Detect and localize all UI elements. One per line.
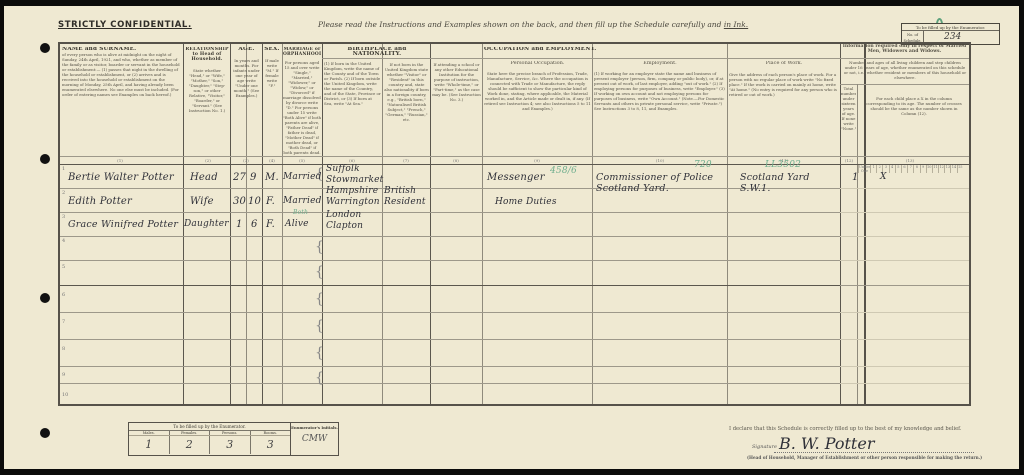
header-title: SEX. <box>263 47 281 52</box>
cell-marriage: Married <box>283 172 322 182</box>
signature-line <box>774 452 974 453</box>
children-table: Information required only in respect of … <box>840 42 971 406</box>
row-divider <box>60 285 864 286</box>
age-grid-cell: 15 <box>957 165 963 173</box>
header-personal-occupation: Personal Occupation. State here the prec… <box>484 61 591 155</box>
brace-icon: { <box>315 239 324 255</box>
cell-name: Edith Potter <box>68 196 132 207</box>
col-number: (4) <box>262 158 282 163</box>
cell-nationality: British Resident <box>384 186 430 208</box>
cell-marriage: Married <box>283 196 322 206</box>
cell-birthplace: Hampshire Warrington <box>326 186 380 208</box>
cell-birthplace: London Clapton <box>326 210 380 232</box>
enum-value-persons: 3 <box>210 436 251 454</box>
divider <box>840 156 969 157</box>
cell-name: Grace Winifred Potter <box>68 219 178 230</box>
col-number: (9) <box>527 158 547 163</box>
enum-value-females: 2 <box>170 436 211 454</box>
initials-label: Enumerator's Initials. <box>291 425 338 430</box>
brace-icon: { <box>315 370 324 386</box>
signature: B. W. Potter <box>779 434 874 453</box>
enum-header-rooms: Rooms. <box>251 431 291 435</box>
header-married-info: Information required only in respect of … <box>842 44 967 58</box>
cell-place-of-work: Scotland Yard S.W.1. <box>740 172 835 194</box>
age-grid-cell: Under One <box>858 165 870 173</box>
cell-age-years: 1 <box>236 219 243 230</box>
header-child-ages: For each child place a X in the column c… <box>864 96 964 146</box>
row-number: 7 <box>62 319 65 325</box>
enum-header-females: Females. <box>170 431 211 435</box>
header-title: Personal Occupation. <box>484 61 591 66</box>
header-text: State here the precise branch of Profess… <box>484 71 591 111</box>
top-instruction: Please read the Instructions and Example… <box>318 20 748 29</box>
header-birthplace-group: BIRTHPLACE and NATIONALITY. <box>324 47 430 57</box>
row-divider <box>840 312 969 313</box>
header-nationality: If not born in the United Kingdom state … <box>384 62 429 156</box>
cell-relationship: Head <box>190 172 218 183</box>
cell-employment: Commissioner of Police Scotland Yard. <box>596 172 726 194</box>
row-divider <box>840 260 969 261</box>
signature-note: (Head of Household, Manager of Establish… <box>747 455 982 460</box>
cell-marriage-note: Both <box>293 209 308 216</box>
cell-sex: F. <box>266 196 275 207</box>
col-number: (12) <box>843 158 855 163</box>
col-number: (1) <box>110 158 130 163</box>
header-title: AGE. <box>232 47 261 52</box>
cell-sex: F. <box>266 219 275 230</box>
cell-occupation-code: 458/6 <box>550 166 577 176</box>
enum-value-males: 1 <box>129 436 170 454</box>
cell-employment-code: 720 <box>694 160 712 170</box>
punch-hole <box>40 43 50 53</box>
header-title: Employment. <box>594 61 726 66</box>
row-divider <box>60 366 864 367</box>
header-text: If male write "M." If female write "F." <box>263 58 281 88</box>
signature-label: Signature <box>752 444 777 450</box>
age-grid-row: Under One 1 2 3 4 5 6 7 8 9 10 11 12 13 … <box>858 165 963 173</box>
row-number: 5 <box>62 264 65 270</box>
row-divider <box>840 366 969 367</box>
row-divider <box>60 212 864 213</box>
header-occupation-group: OCCUPATION and EMPLOYMENT. <box>484 47 839 57</box>
header-title: Information required only in respect of … <box>842 44 967 54</box>
enum-header-males: Males. <box>129 431 170 435</box>
cell-age-months: 9 <box>250 172 257 183</box>
row-number: 1 <box>62 166 65 172</box>
col-divider <box>382 44 383 404</box>
header-text: (1) If working for an employer state the… <box>594 71 726 111</box>
row-divider <box>60 312 864 313</box>
row-divider <box>840 212 969 213</box>
header-text: For persons aged 15 and over write "Sing… <box>283 60 321 155</box>
header-marriage: MARRIAGE or ORPHANHOOD. For persons aged… <box>283 47 321 155</box>
header-children-info: Number and ages of all living children a… <box>843 60 967 82</box>
divider <box>60 164 864 165</box>
punch-hole <box>40 293 50 303</box>
row-divider <box>840 236 969 237</box>
household-table: NAME and SURNAME. of every person who is… <box>58 42 866 406</box>
cell-age-months: 6 <box>251 219 258 230</box>
col-divider <box>727 44 728 404</box>
col-divider <box>230 44 231 404</box>
divider <box>322 58 430 59</box>
cell-sex: M. <box>265 172 279 183</box>
enumerator-initials-box: Enumerator's Initials. CMW <box>291 422 339 456</box>
col-number: (13) <box>904 158 916 163</box>
row-divider <box>60 236 864 237</box>
col-divider <box>857 84 858 404</box>
punch-hole <box>40 154 50 164</box>
header-sex: SEX. If male write "M." If female write … <box>263 47 281 155</box>
header-text: In years and months. For infants under o… <box>232 58 261 98</box>
row-divider <box>60 260 864 261</box>
col-number: (7) <box>396 158 416 163</box>
cell-age-years: 30 <box>233 196 246 207</box>
row-number: 3 <box>62 214 65 220</box>
cell-relationship: Wife <box>190 196 214 207</box>
brace-icon: { <box>315 291 324 307</box>
declaration-text: I declare that this Schedule is correctl… <box>729 426 962 432</box>
child-age-mark: X <box>880 172 887 182</box>
col-number: (8) <box>446 158 466 163</box>
cell-name: Bertie Walter Potter <box>68 172 174 183</box>
header-title: MARRIAGE or ORPHANHOOD. <box>283 47 321 57</box>
row-number: 10 <box>62 392 68 398</box>
header-school: If attending a school or any other Educa… <box>432 62 481 156</box>
row-number: 6 <box>62 292 65 298</box>
cell-birthplace: Suffolk Stowmarket <box>326 164 380 186</box>
cell-place-of-work-code: LL3502 <box>765 160 801 170</box>
instruction-text: Please read the Instructions and Example… <box>318 20 721 29</box>
col-divider <box>482 44 483 404</box>
header-employment: Employment. (1) If working for an employ… <box>594 61 726 155</box>
col-divider <box>592 44 593 404</box>
confidential-title: STRICTLY CONFIDENTIAL. <box>58 20 192 30</box>
cell-age-years: 27 <box>233 172 246 183</box>
census-schedule-page: STRICTLY CONFIDENTIAL. Please read the I… <box>4 6 1019 469</box>
divider <box>430 58 840 59</box>
col-number: (3) <box>236 158 256 163</box>
row-number: 8 <box>62 346 65 352</box>
enumerator-box: To be filled up by the Enumerator. Males… <box>128 422 291 456</box>
row-divider <box>840 383 969 384</box>
cell-age-months: 10 <box>248 196 261 207</box>
col-divider <box>430 44 431 404</box>
header-relationship: RELATIONSHIP to Head of Household. State… <box>185 47 229 155</box>
brace-icon: { <box>315 318 324 334</box>
header-name: NAME and SURNAME. of every person who is… <box>62 47 181 155</box>
row-divider <box>840 285 969 286</box>
col-number: (2) <box>198 158 218 163</box>
divider <box>840 84 969 85</box>
row-divider <box>60 339 864 340</box>
header-birthplace: (1) If born in the United Kingdom, write… <box>324 61 381 155</box>
header-age: AGE. In years and months. For infants un… <box>232 47 261 155</box>
row-number: 4 <box>62 238 65 244</box>
punch-hole <box>40 428 50 438</box>
enum-value-rooms: 3 <box>251 436 291 454</box>
col-number: (5) <box>292 158 312 163</box>
header-title: Place of Work. <box>729 61 839 66</box>
header-children-total: Total number under sixteen years of age.… <box>841 86 856 154</box>
enumerator-initials: CMW <box>291 434 338 444</box>
brace-icon: { <box>315 264 324 280</box>
divider <box>60 156 864 157</box>
header-title: RELATIONSHIP to Head of Household. <box>185 47 229 62</box>
row-divider <box>840 188 969 189</box>
cell-relationship: Daughter <box>184 219 229 229</box>
row-number: 2 <box>62 190 65 196</box>
enum-header-persons: Persons. <box>210 431 251 435</box>
brace-icon: { <box>315 345 324 361</box>
header-text: Give the address of each person's place … <box>729 72 839 97</box>
schedule-box-title: To be filled up by the Enumerator. <box>902 24 999 31</box>
row-number: 9 <box>62 372 65 378</box>
header-text: of every person who is alive at midnight… <box>62 52 181 97</box>
cell-occupation: Home Duties <box>495 197 557 207</box>
instruction-ink: in Ink. <box>724 20 748 29</box>
col-number: (10) <box>650 158 670 163</box>
row-divider <box>60 383 864 384</box>
cell-marriage: Alive <box>285 219 309 229</box>
header-title: OCCUPATION and EMPLOYMENT. <box>484 47 839 52</box>
header-place-of-work: Place of Work. Give the address of each … <box>729 61 839 155</box>
header-title: BIRTHPLACE and NATIONALITY. <box>324 47 430 57</box>
col-number: (6) <box>342 158 362 163</box>
divider <box>840 58 969 59</box>
header-text: State whether "Head," or "Wife," "Mother… <box>185 68 229 113</box>
row-divider <box>840 339 969 340</box>
cell-occupation: Messenger <box>487 172 545 183</box>
enumerator-box-title: To be filled up by the Enumerator. <box>129 423 290 431</box>
